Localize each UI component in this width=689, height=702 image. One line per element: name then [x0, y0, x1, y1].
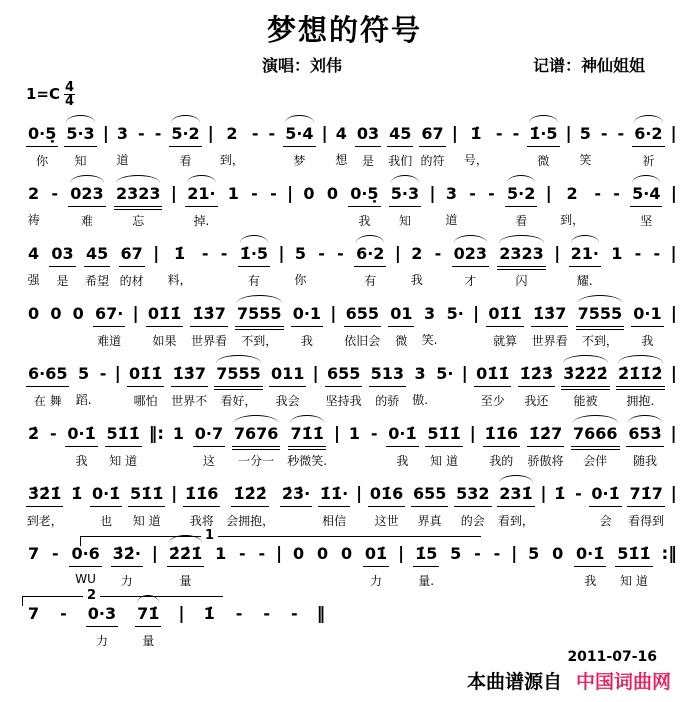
- lyric-text: 秒微笑.: [287, 452, 327, 469]
- lyric-text: 世界看: [191, 332, 227, 349]
- note-group: -: [98, 362, 109, 405]
- note-group: 5: [448, 542, 463, 585]
- lyric-text: 祈: [642, 152, 654, 169]
- note-group: 21·耀.: [569, 242, 601, 289]
- note-group: 0: [315, 542, 330, 585]
- note-text: 2323: [497, 242, 546, 267]
- note-group: 5蹈.: [76, 362, 92, 408]
- note-text: -: [316, 242, 327, 266]
- lyric-text: 就算: [493, 332, 517, 349]
- note-text: 5·: [445, 302, 466, 326]
- note-text: 0·1̇: [386, 422, 418, 447]
- note-group: -: [267, 122, 278, 165]
- note-group: -: [289, 602, 300, 645]
- note-group: 5·3知: [389, 182, 421, 229]
- note-text: 03: [355, 122, 381, 147]
- note-text: 1̇3̇7: [190, 302, 227, 327]
- note-group: 1: [609, 242, 624, 285]
- barline: |: [330, 302, 336, 326]
- lyric-text: 知 道: [620, 572, 648, 589]
- lyric-text: 会伴: [583, 452, 607, 469]
- score-line: 00067·难道|01̇1̇如果1̇3̇7世界看7555不到，0·1我|655依…: [0, 302, 689, 349]
- note-text: 5·3: [64, 122, 96, 147]
- barline: |: [208, 122, 214, 146]
- note-group: 1̇1̇·相信: [318, 482, 350, 529]
- note-text: 231̇: [497, 482, 534, 507]
- note-text: 0: [291, 542, 306, 566]
- note-group: 3道: [444, 182, 459, 228]
- note-group: 03是: [355, 122, 381, 169]
- note-text: 3: [413, 362, 428, 386]
- note-group: 5·: [445, 302, 466, 345]
- note-text: 2̇: [26, 422, 41, 446]
- lyric-text: 量: [142, 632, 154, 649]
- lyric-text: 希望: [85, 272, 109, 289]
- note-group: -: [652, 242, 663, 285]
- note-group: -: [249, 182, 260, 225]
- note-group: 5·4坚: [630, 182, 662, 229]
- barline: |: [566, 122, 572, 146]
- note-text: 5: [76, 362, 91, 386]
- note-group: 21·掉.: [185, 182, 217, 229]
- note-text: 7676: [232, 422, 281, 447]
- lyric-text: 耀.: [577, 272, 593, 289]
- note-group: -: [261, 602, 272, 645]
- note-group: 0: [48, 302, 63, 345]
- note-text: 71̇: [135, 602, 161, 627]
- score-line: 6·65在 舞5蹈.-|01̇1̇哪怕1̇3̇7世界不7555看好，011我会|…: [0, 362, 689, 409]
- lyric-text: 一分一: [238, 452, 274, 469]
- lyric-text: 骄傲将: [528, 452, 564, 469]
- note-text: 5·2: [505, 182, 537, 207]
- note-group: 1: [226, 182, 241, 225]
- barline: |: [171, 482, 177, 506]
- volta-number: 1: [201, 528, 218, 543]
- note-text: 655: [411, 482, 448, 507]
- note-group: -: [611, 182, 622, 225]
- note-text: 1̇: [69, 482, 84, 506]
- note-text: 5·4: [630, 182, 662, 207]
- lyric-text: 是: [362, 152, 374, 169]
- lyric-text: 到，: [560, 211, 584, 228]
- barline: |: [546, 182, 552, 206]
- note-text: 1̇: [468, 122, 483, 146]
- lyric-text: 蹈.: [76, 391, 92, 408]
- note-text: 5·2: [169, 122, 201, 147]
- note-text: -: [472, 542, 483, 566]
- note-group: 67的符: [419, 122, 445, 169]
- barline: |: [115, 362, 121, 386]
- lyric-text: 微: [537, 152, 549, 169]
- note-group: 7: [26, 542, 41, 585]
- note-text: 0·6: [69, 542, 101, 567]
- note-text: 1̇2̇3̇: [518, 362, 555, 387]
- lyric-text: 到老，: [27, 512, 63, 529]
- meter-denominator: 4: [65, 96, 74, 107]
- barline: |: [103, 122, 109, 146]
- note-text: 03: [49, 242, 75, 267]
- note-text: -: [267, 122, 278, 146]
- note-text: 532: [454, 482, 491, 507]
- note-text: -: [486, 182, 497, 206]
- note-group: -: [573, 482, 584, 525]
- note-group: 71̇量: [135, 602, 161, 649]
- note-text: 653̇: [626, 422, 663, 447]
- note-text: 1̇5: [413, 542, 439, 567]
- note-group: 0·5̣你: [26, 122, 58, 169]
- note-group: 0: [550, 542, 565, 585]
- note-group: 655界真: [411, 482, 448, 529]
- lyric-text: 界真: [418, 512, 442, 529]
- note-group: 1̇: [69, 482, 84, 525]
- note-group: 4想: [334, 122, 349, 168]
- lyric-text: 看到，: [498, 512, 534, 529]
- note-group: 3̇2̇1̇到老，: [26, 482, 63, 529]
- source-site-link[interactable]: 中国词曲网: [576, 671, 671, 693]
- barline: |: [671, 362, 677, 386]
- note-group: -: [492, 542, 503, 585]
- note-group: 1̇3̇7世界看: [531, 302, 568, 349]
- note-group: 5·3知: [64, 122, 96, 169]
- lyric-text: 知 道: [133, 512, 161, 529]
- lyric-text: 才: [464, 272, 476, 289]
- note-text: 5: [526, 542, 541, 566]
- barline: ‖:: [149, 422, 164, 446]
- note-group: 45我们: [387, 122, 413, 169]
- note-text: 1̇1̇·: [318, 482, 350, 507]
- note-group: -: [200, 242, 211, 285]
- note-group: -: [237, 542, 248, 585]
- note-group: 1̇1̇6我将: [183, 482, 220, 529]
- barline: |: [540, 482, 546, 506]
- note-group: 7555不到，: [576, 302, 625, 349]
- note-group: 011我会: [269, 362, 306, 409]
- note-text: -: [98, 362, 109, 386]
- note-group: 51̇1̇知 道: [105, 422, 142, 469]
- score-line: 2̇-0·1̇我51̇1̇知 道‖:10·7这7676一分一71̇1̇秒微笑.|…: [0, 422, 689, 469]
- note-group: 7555不到，: [235, 302, 284, 349]
- lyric-text: 我: [76, 452, 88, 469]
- note-text: 4: [334, 122, 349, 146]
- note-text: -: [200, 242, 211, 266]
- lyric-text: 掉.: [193, 212, 209, 229]
- meter-numerator: 4: [65, 82, 74, 93]
- note-text: 0·3: [86, 602, 118, 627]
- lyric-text: 道: [445, 211, 457, 228]
- note-text: 5: [448, 542, 463, 566]
- note-group: -: [268, 182, 279, 225]
- note-group: 0: [301, 182, 316, 225]
- barline: |: [278, 242, 284, 266]
- lyric-text: 我: [584, 572, 596, 589]
- note-text: 3: [115, 122, 130, 146]
- note-text: 7: [26, 542, 41, 566]
- note-text: 0·1: [291, 302, 323, 327]
- note-text: -: [369, 422, 380, 446]
- note-group: -: [599, 122, 610, 165]
- note-group: 0·1̇也: [90, 482, 122, 529]
- note-group: 1: [213, 542, 228, 585]
- note-text: 5·3: [389, 182, 421, 207]
- note-text: 1̇2̇2̇: [231, 482, 268, 507]
- note-text: -: [234, 602, 245, 626]
- barline: |: [470, 422, 476, 446]
- note-text: 01̇6: [368, 482, 405, 507]
- lyric-text: 力: [370, 572, 382, 589]
- note-text: 0: [71, 302, 86, 326]
- note-group: 513的骄: [369, 362, 406, 409]
- note-group: -: [49, 182, 60, 225]
- note-group: 2到，: [560, 182, 584, 228]
- note-text: 655: [344, 302, 381, 327]
- score-line: 3̇2̇1̇到老，1̇0·1̇也51̇1̇知 道|1̇1̇6我将1̇2̇2̇会拥…: [0, 482, 689, 529]
- note-group: 0·1我: [631, 302, 663, 349]
- note-group: -: [369, 422, 380, 465]
- score-line: 4强03是45希望67的材|1̇料，--1̇·5有|5你--6·2有|2我-02…: [0, 242, 689, 289]
- notation-credit: 记谱：神仙姐姐: [533, 53, 645, 76]
- note-group: 0·5̣我: [348, 182, 380, 229]
- note-text: -: [261, 602, 272, 626]
- lyric-text: 看: [515, 212, 527, 229]
- note-text: 1̇·5: [527, 122, 559, 147]
- note-group: -: [219, 242, 230, 285]
- note-text: 6·2: [632, 122, 664, 147]
- note-group: 1̇·5微: [527, 122, 559, 169]
- note-text: -: [335, 242, 346, 266]
- note-text: 2̇1̇1̇2̇: [616, 362, 665, 387]
- singer-credit: 演唱：刘伟: [262, 53, 342, 76]
- note-group: 1̇料，: [168, 242, 192, 288]
- note-text: 71̇7: [627, 482, 664, 507]
- barline: |: [671, 122, 677, 146]
- lyric-text: 能被: [574, 392, 598, 409]
- note-group: 5·: [434, 362, 455, 405]
- note-group: -: [633, 242, 644, 285]
- note-text: 0: [315, 542, 330, 566]
- note-text: 6·2: [354, 242, 386, 267]
- note-text: 1: [171, 422, 186, 446]
- footer: 2011-07-16 本曲谱源自中国词曲网: [467, 649, 689, 694]
- score-line: 27-0·3力71̇量|1̇---‖: [0, 602, 689, 649]
- note-text: 5: [578, 122, 593, 146]
- note-text: 67·: [93, 302, 125, 327]
- note-text: 011: [269, 362, 306, 387]
- note-text: 7: [26, 602, 41, 626]
- note-group: 0·7这: [193, 422, 225, 469]
- note-text: -: [257, 542, 268, 566]
- note-text: 0: [550, 542, 565, 566]
- lyric-text: 哪怕: [134, 392, 158, 409]
- note-text: 1: [213, 542, 228, 566]
- barline: |: [287, 182, 293, 206]
- note-text: 01̇1̇: [486, 302, 523, 327]
- note-group: 2̇: [26, 422, 41, 465]
- lyric-text: 这世: [375, 512, 399, 529]
- note-group: 03是: [49, 242, 75, 289]
- lyric-text: 看: [179, 152, 191, 169]
- barline: |: [153, 242, 159, 266]
- note-text: 7555: [235, 302, 284, 327]
- lyric-text: 也: [100, 512, 112, 529]
- note-group: 1̇号，: [464, 122, 488, 168]
- note-text: 2: [565, 182, 580, 206]
- note-group: -: [58, 602, 69, 645]
- note-group: 0·1我: [291, 302, 323, 349]
- note-group: 655依旧会: [344, 302, 381, 349]
- note-text: 3: [444, 182, 459, 206]
- note-group: 5你: [293, 242, 308, 288]
- barline: |: [554, 242, 560, 266]
- note-text: -: [511, 122, 522, 146]
- barline: ‖: [317, 602, 326, 626]
- note-text: 01̇1̇: [127, 362, 164, 387]
- note-text: 01̇1̇: [474, 362, 511, 387]
- note-text: 1̇3̇7: [531, 302, 568, 327]
- barline: |: [671, 302, 677, 326]
- lyric-text: 在 舞: [34, 392, 62, 409]
- note-group: 51̇1̇知 道: [425, 422, 462, 469]
- credits-row: 演唱：刘伟 记谱：神仙姐姐: [0, 53, 689, 77]
- lyric-text: 难道: [97, 332, 121, 349]
- note-text: 7555: [214, 362, 263, 387]
- barline: |: [671, 182, 677, 206]
- lyric-text: 如果: [153, 332, 177, 349]
- note-text: -: [136, 122, 147, 146]
- lyric-text: 量.: [418, 572, 434, 589]
- lyric-text: 我将: [190, 512, 214, 529]
- note-group: 7: [26, 602, 41, 645]
- note-text: -: [611, 182, 622, 206]
- note-group: 0·1̇会: [589, 482, 621, 529]
- note-text: 2: [224, 122, 239, 146]
- lyric-text: 祷: [28, 211, 40, 228]
- lyric-text: 笑.: [422, 331, 438, 348]
- note-group: 3笑.: [422, 302, 438, 348]
- note-text: 1̇: [172, 242, 187, 266]
- note-group: -: [50, 542, 61, 585]
- note-group: 0·1̇我: [65, 422, 97, 469]
- note-text: -: [58, 602, 69, 626]
- note-text: 0·5̣: [26, 122, 58, 147]
- note-group: 023难: [68, 182, 105, 229]
- note-text: 0: [339, 542, 354, 566]
- note-text: 67: [119, 242, 145, 267]
- barline: |: [462, 362, 468, 386]
- note-group: 01̇6这世: [368, 482, 405, 529]
- note-text: 1: [347, 422, 362, 446]
- lyric-text: 我们: [388, 152, 412, 169]
- note-group: -: [136, 122, 147, 165]
- note-text: 51̇1̇: [425, 422, 462, 447]
- lyric-text: 世界看: [532, 332, 568, 349]
- note-text: 0: [325, 182, 340, 206]
- note-group: -: [234, 602, 245, 645]
- note-group: -: [511, 122, 522, 165]
- barline: |: [322, 122, 328, 146]
- lyric-text: 难: [81, 212, 93, 229]
- lyric-text: 有: [364, 272, 376, 289]
- note-text: 0·1̇: [589, 482, 621, 507]
- lyric-text: 我: [411, 271, 423, 288]
- note-text: 023: [452, 242, 489, 267]
- note-text: 0·1̇: [90, 482, 122, 507]
- lyric-text: 我: [358, 212, 370, 229]
- note-group: 3傲.: [412, 362, 428, 408]
- lyric-text: 忘: [132, 212, 144, 229]
- note-text: 2323: [114, 182, 163, 207]
- note-group: 5: [526, 542, 541, 585]
- note-text: 5: [293, 242, 308, 266]
- note-text: 01: [388, 302, 414, 327]
- note-group: 2̇2̇1̇量: [167, 542, 204, 589]
- note-group: 0: [71, 302, 86, 345]
- volta-number: 2: [83, 588, 100, 603]
- note-group: -: [316, 242, 327, 285]
- note-text: 51̇1̇: [105, 422, 142, 447]
- sheet-music-page: 梦想的符号 演唱：刘伟 记谱：神仙姐姐 1=C 4 4 0·5̣你5·3知|3道…: [0, 0, 689, 702]
- note-group: 67的材: [119, 242, 145, 289]
- note-text: -: [48, 422, 59, 446]
- note-group: 71̇7看得到: [627, 482, 664, 529]
- note-group: 2323闪: [497, 242, 546, 289]
- note-text: 6·65: [26, 362, 69, 387]
- lyric-text: 傲.: [412, 391, 428, 408]
- lyric-text: 看得到: [628, 512, 664, 529]
- note-text: 1̇2̇7: [527, 422, 564, 447]
- note-group: 6·2祈: [632, 122, 664, 169]
- note-text: 2: [26, 182, 41, 206]
- note-group: 5·4梦: [283, 122, 315, 169]
- note-text: -: [249, 182, 260, 206]
- song-title: 梦想的符号: [0, 0, 689, 49]
- note-group: 67·难道: [93, 302, 125, 349]
- key-signature: 1=C 4 4: [0, 79, 689, 109]
- note-text: 01̇1̇: [146, 302, 183, 327]
- note-group: 1̇: [552, 482, 567, 525]
- note-text: 0·7: [193, 422, 225, 447]
- note-text: -: [599, 122, 610, 146]
- source-prefix: 本曲谱源自: [467, 671, 562, 693]
- lyric-text: 我: [396, 452, 408, 469]
- note-group: 2到，: [220, 122, 244, 168]
- barline: |: [429, 182, 435, 206]
- note-group: 01̇1̇至少: [474, 362, 511, 409]
- lyric-text: 知: [399, 212, 411, 229]
- note-group: 1̇5量.: [413, 542, 439, 589]
- note-group: 6·65在 舞: [26, 362, 69, 409]
- lyric-text: 相信: [322, 512, 346, 529]
- note-text: 0·1̇: [574, 542, 606, 567]
- score-line: 2祷-023难2323忘|21·掉.1--|000·5̣我5·3知|3道--5·…: [0, 182, 689, 229]
- lyric-text: 号，: [464, 151, 488, 168]
- note-group: 0·1̇我: [574, 542, 606, 589]
- lyric-text: 会: [600, 512, 612, 529]
- barline: |: [313, 362, 319, 386]
- note-text: 0·1: [631, 302, 663, 327]
- note-text: 655: [325, 362, 362, 387]
- note-group: 3̇2̇·力: [111, 542, 143, 589]
- note-group: -: [592, 182, 603, 225]
- note-text: 01̇: [363, 542, 389, 567]
- note-text: 7555: [576, 302, 625, 327]
- barline: |: [473, 302, 479, 326]
- barline: |: [671, 422, 677, 446]
- lyric-text: 你: [36, 152, 48, 169]
- note-text: 2̇3̇·: [280, 482, 312, 507]
- note-group: -: [472, 542, 483, 585]
- note-group: 0: [26, 302, 41, 345]
- note-group: 1̇2̇7骄傲将: [527, 422, 564, 469]
